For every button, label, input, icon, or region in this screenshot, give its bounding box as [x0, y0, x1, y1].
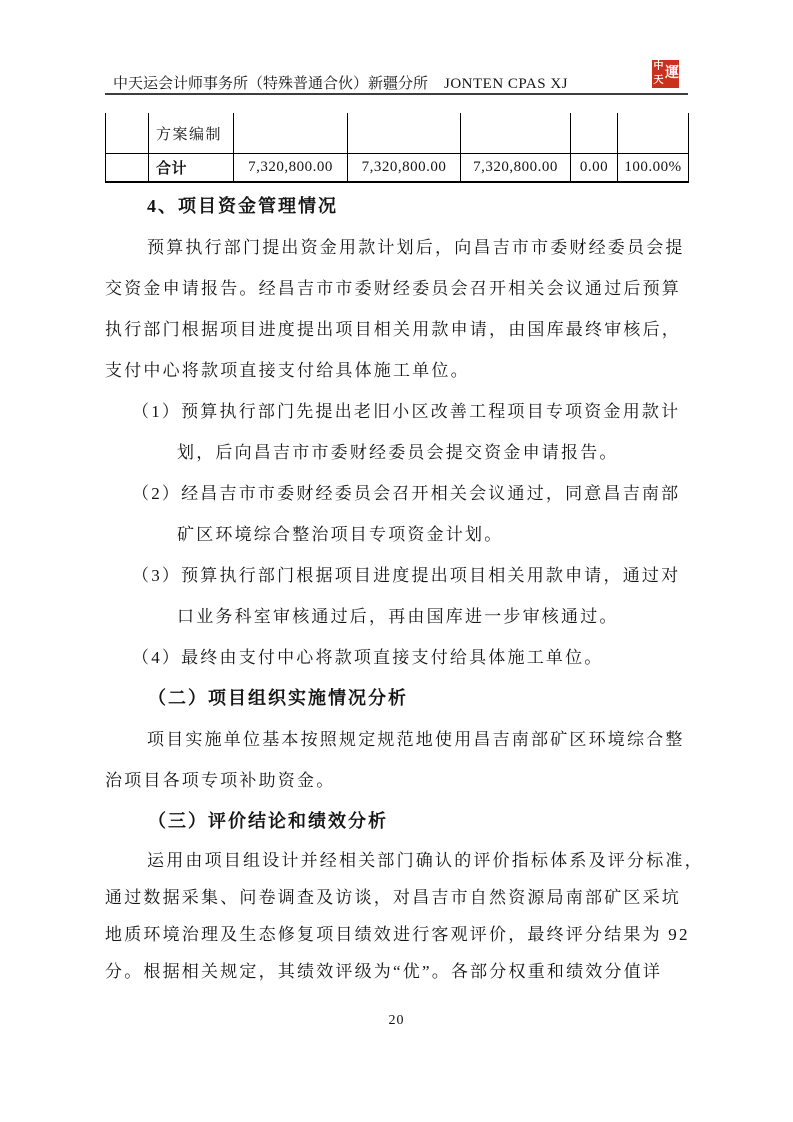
page-header: 中天运会计师事务所（特殊普通合伙）新疆分所JONTEN CPAS XJ [113, 72, 568, 93]
text-line: 分。根据相关规定，其绩效评级为“优”。各部分权重和绩效分值详 [105, 953, 688, 990]
section-heading: 4、项目资金管理情况 [105, 186, 688, 227]
text-line: 地质环境治理及生态修复项目绩效进行客观评价，最终评分结果为 92 [105, 916, 688, 953]
section-heading: （三）评价结论和绩效分析 [105, 801, 688, 842]
seal-char: 運 [665, 60, 679, 88]
text-line: 矿区环境综合整治项目专项资金计划。 [105, 514, 688, 555]
table-cell: 7,320,800.00 [348, 154, 461, 183]
text-line: （3）预算执行部门根据项目进度提出项目相关用款申请，通过对 [105, 555, 688, 596]
table-cell: 合计 [149, 154, 234, 183]
text-line: 口业务科室审核通过后，再由国库进一步审核通过。 [105, 596, 688, 637]
text-line: 交资金申请报告。经昌吉市市委财经委员会召开相关会议通过后预算 [105, 268, 688, 309]
body-blocks: 4、项目资金管理情况预算执行部门提出资金用款计划后，向昌吉市市委财经委员会提交资… [105, 186, 688, 990]
funding-summary-table: 方案编制合计7,320,800.007,320,800.007,320,800.… [105, 113, 689, 183]
table-row: 方案编制 [106, 113, 689, 154]
text-line: 项目实施单位基本按照规定规范地使用昌吉南部矿区环境综合整 [105, 719, 688, 760]
table-cell: 7,320,800.00 [461, 154, 571, 183]
table-cell [571, 113, 618, 154]
table-row: 合计7,320,800.007,320,800.007,320,800.000.… [106, 154, 689, 183]
page-number: 20 [0, 1013, 793, 1029]
table-cell [106, 113, 149, 154]
table-cell: 方案编制 [149, 113, 234, 154]
table-body: 方案编制合计7,320,800.007,320,800.007,320,800.… [106, 113, 689, 182]
text-line: 执行部门根据项目进度提出项目相关用款申请，由国库最终审核后， [105, 309, 688, 350]
text-line: 支付中心将款项直接支付给具体施工单位。 [105, 350, 688, 391]
table-cell [234, 113, 348, 154]
table-cell: 100.00% [618, 154, 689, 183]
table-cell [348, 113, 461, 154]
table-cell [618, 113, 689, 154]
text-line: 治项目各项专项补助资金。 [105, 760, 688, 801]
table-cell: 7,320,800.00 [234, 154, 348, 183]
table-cell [461, 113, 571, 154]
jonten-seal-stamp-icon: 中 運 天 [652, 60, 679, 88]
firm-name-cn: 中天运会计师事务所（特殊普通合伙）新疆分所 [113, 76, 428, 92]
firm-name-en: JONTEN CPAS XJ [444, 76, 568, 92]
document-page: 中天运会计师事务所（特殊普通合伙）新疆分所JONTEN CPAS XJ 中 運 … [0, 0, 793, 1122]
seal-char: 中 [652, 60, 665, 74]
header-divider [105, 93, 688, 95]
section-heading: （二）项目组织实施情况分析 [105, 678, 688, 719]
text-line: （1）预算执行部门先提出老旧小区改善工程项目专项资金用款计 [105, 391, 688, 432]
table-cell [106, 154, 149, 183]
text-line: 划，后向昌吉市市委财经委员会提交资金申请报告。 [105, 432, 688, 473]
table-cell: 0.00 [571, 154, 618, 183]
text-line: （4）最终由支付中心将款项直接支付给具体施工单位。 [105, 637, 688, 678]
text-line: 通过数据采集、问卷调查及访谈，对昌吉市自然资源局南部矿区采坑 [105, 879, 688, 916]
text-line: 预算执行部门提出资金用款计划后，向昌吉市市委财经委员会提 [105, 227, 688, 268]
text-line: （2）经昌吉市市委财经委员会召开相关会议通过，同意昌吉南部 [105, 473, 688, 514]
text-line: 运用由项目组设计并经相关部门确认的评价指标体系及评分标准， [105, 842, 688, 879]
seal-char: 天 [652, 74, 665, 88]
